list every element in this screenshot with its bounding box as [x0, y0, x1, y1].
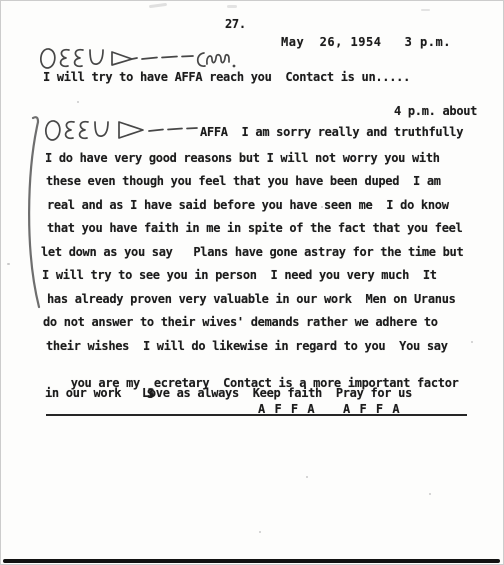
- scanned-letter-page: 27. May 26, 1954 3 p.m. I will try to ha…: [0, 0, 504, 565]
- typed-line: these even though you feel that you have…: [46, 174, 441, 188]
- scan-speck: [259, 531, 261, 533]
- signature-line: A F F A A F F A: [46, 400, 467, 416]
- typed-line: I do have very good reasons but I will n…: [45, 151, 440, 165]
- typed-line: do not answer to their wives' demands ra…: [43, 315, 438, 329]
- scan-speck: [471, 341, 473, 343]
- scan-speck: [7, 263, 10, 265]
- scan-smudge: [149, 3, 167, 8]
- time-note: 4 p.m. about: [394, 104, 477, 118]
- typed-line: has already proven very valuable in our …: [47, 292, 456, 306]
- typed-line: I will try to have AFFA reach you Contac…: [43, 70, 410, 84]
- scan-bottom-edge: [3, 559, 500, 563]
- scan-smudge: [421, 9, 430, 11]
- signature-name: A F F A: [258, 402, 316, 416]
- typed-line: in our work Love as always Keep faith Pr…: [45, 386, 412, 400]
- typed-line: I will try to see you in person I need y…: [42, 268, 437, 282]
- typed-line: real and as I have said before you have …: [47, 198, 449, 212]
- typed-line-opening: AFFA I am sorry really and truthfully: [200, 125, 463, 139]
- scan-speck: [306, 476, 308, 478]
- scan-speck: [77, 101, 79, 103]
- signature-name: A F F A: [343, 402, 401, 416]
- typed-line: that you have faith in me in spite of th…: [47, 221, 462, 235]
- typed-line: let down as you say Plans have gone astr…: [41, 245, 463, 259]
- scan-smudge: [227, 5, 237, 8]
- handwritten-annotation-2: [39, 114, 199, 145]
- scan-speck: [429, 493, 431, 495]
- date-line: May 26, 1954 3 p.m.: [281, 35, 451, 49]
- typed-line: their wishes I will do likewise in regar…: [46, 339, 448, 353]
- page-number: 27.: [225, 17, 246, 31]
